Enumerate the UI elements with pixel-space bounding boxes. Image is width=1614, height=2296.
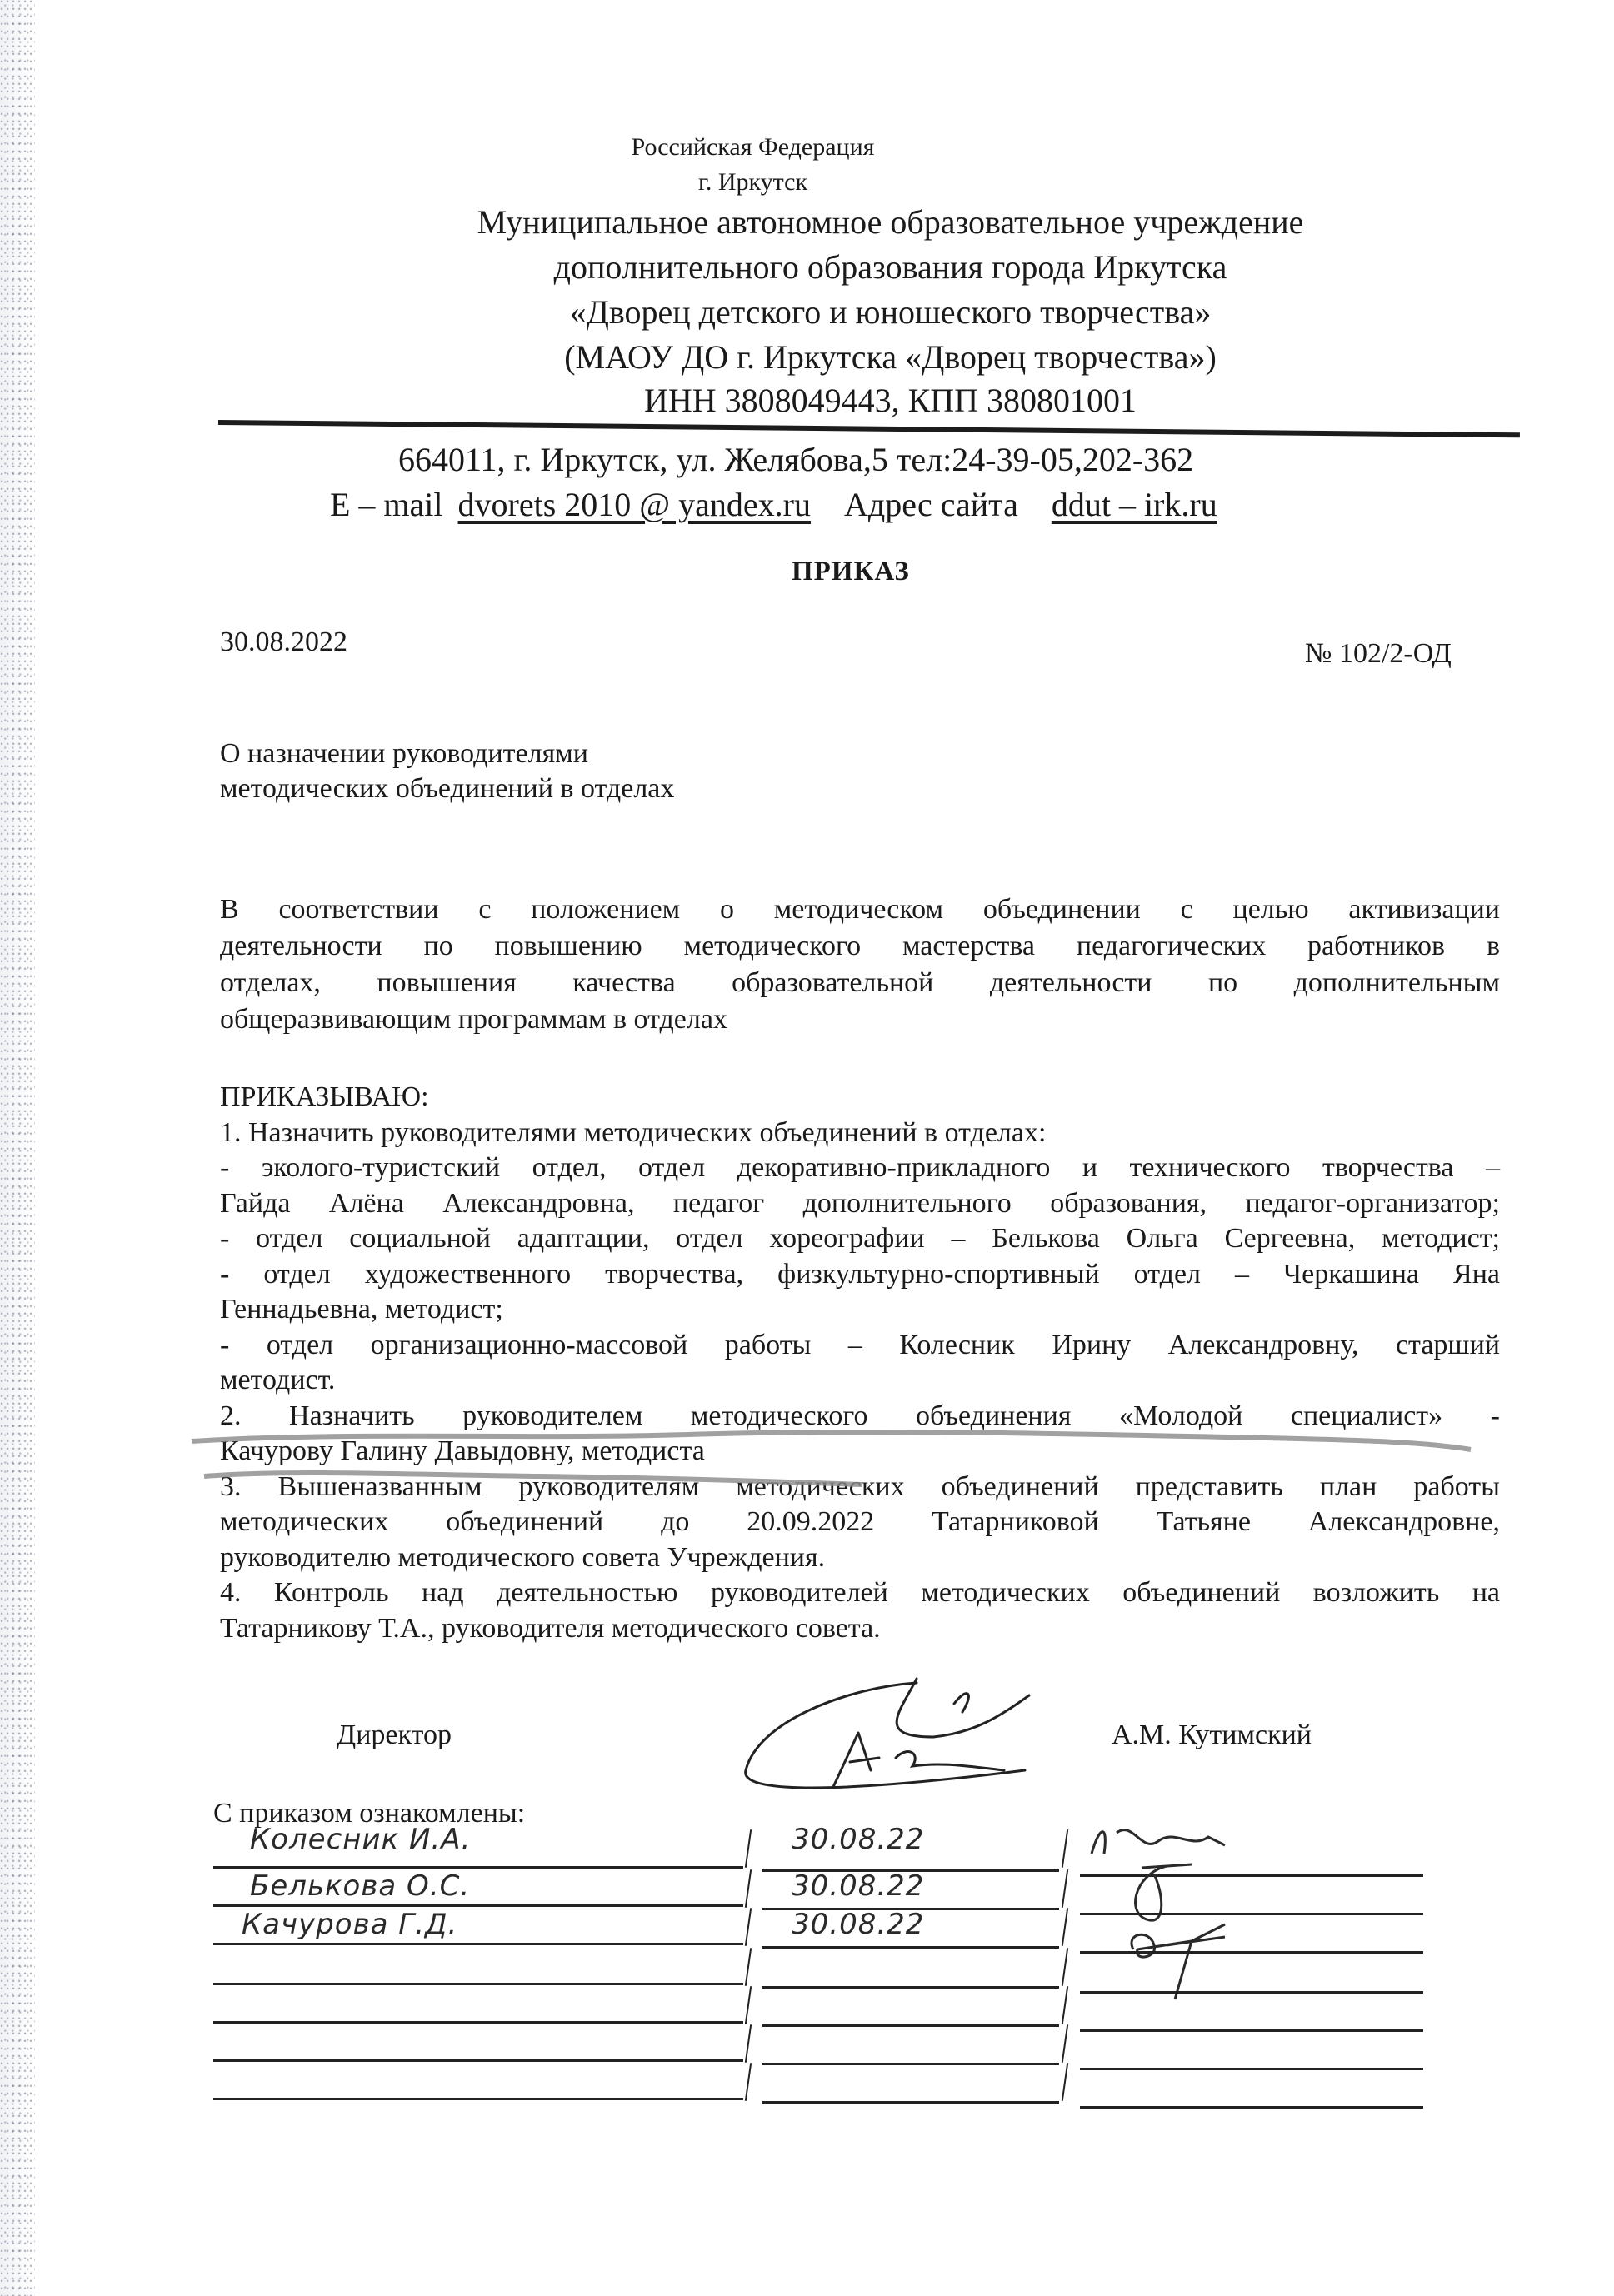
ack-date: 30.08.22 xyxy=(792,1823,924,1856)
order-line: - отдел художественного творчества, физк… xyxy=(220,1257,1500,1293)
ack-separator xyxy=(745,1948,752,1986)
order-line: Геннадьевна, методист; xyxy=(220,1292,1500,1328)
ack-sign-line xyxy=(1080,2106,1423,2109)
ack-name-line xyxy=(213,1866,743,1869)
ack-sign-line xyxy=(1080,1951,1423,1954)
ack-separator xyxy=(745,1869,752,1908)
ack-date-line xyxy=(762,1946,1059,1949)
ack-date-line xyxy=(762,2063,1059,2065)
tax-ids: ИНН 3808049443, КПП 380801001 xyxy=(167,378,1614,423)
address-line: 664011, г. Иркутск, ул. Желябова,5 тел:2… xyxy=(398,440,1193,479)
order-line: Гайда Алёна Александровна, педагог допол… xyxy=(220,1186,1500,1222)
document-date: 30.08.2022 xyxy=(220,626,347,658)
ack-name-line xyxy=(213,2059,743,2062)
org-name-line3: «Дворец детского и юношеского творчества… xyxy=(167,290,1614,335)
email-label: E – mail xyxy=(330,486,443,523)
ack-separator xyxy=(1062,1986,1068,2024)
org-name-line2: дополнительного образования города Иркут… xyxy=(167,245,1614,290)
ack-separator xyxy=(1062,1908,1068,1946)
ack-date: 30.08.22 xyxy=(792,1908,924,1941)
ack-date: 30.08.22 xyxy=(792,1869,924,1903)
director-signature-icon xyxy=(725,1662,1042,1808)
ack-date-line xyxy=(762,2024,1059,2027)
ack-name-line xyxy=(213,2098,743,2100)
ack-separator xyxy=(1062,2063,1068,2101)
ack-date-line xyxy=(762,1986,1059,1989)
pen-highlight-marks xyxy=(187,1416,1521,1491)
subject-line2: методических объединений в отделах xyxy=(220,773,674,805)
ack-separator xyxy=(745,1908,752,1946)
org-name-line1: Муниципальное автономное образовательное… xyxy=(167,200,1614,245)
order-line: методических объединений до 20.09.2022 Т… xyxy=(220,1505,1500,1540)
order-line: 1. Назначить руководителями методических… xyxy=(220,1116,1500,1151)
ack-separator xyxy=(745,1829,752,1868)
order-line: - эколого-туристский отдел, отдел декора… xyxy=(220,1150,1500,1186)
ack-separator xyxy=(1062,1829,1068,1868)
document-type: ПРИКАЗ xyxy=(792,557,910,587)
ack-separator xyxy=(1062,2024,1068,2063)
ack-sign-line xyxy=(1080,2029,1423,2032)
ack-separator xyxy=(745,2024,752,2063)
order-line: - отдел социальной адаптации, отдел хоре… xyxy=(220,1221,1500,1257)
preamble-line: деятельности по повышению методического … xyxy=(220,928,1500,965)
email-link[interactable]: dvorets 2010 @ yandex.ru xyxy=(458,486,811,523)
ack-separator xyxy=(1062,1948,1068,1986)
ack-sign-line xyxy=(1080,2068,1423,2070)
scan-edge-artifact xyxy=(0,0,35,2296)
ack-name: Белькова О.С. xyxy=(250,1869,470,1903)
signatory-position: Директор xyxy=(337,1720,452,1751)
org-short-name: (МАОУ ДО г. Иркутска «Дворец творчества»… xyxy=(167,335,1614,380)
document-number: № 102/2-ОД xyxy=(1305,638,1452,670)
ack-name-line xyxy=(213,1983,743,1985)
city-label: г. Иркутск xyxy=(0,168,1614,197)
ack-sign-line xyxy=(1080,1991,1423,1994)
order-line: 4. Контроль над деятельностью руководите… xyxy=(220,1575,1500,1611)
signatory-name: А.М. Кутимский xyxy=(1112,1720,1312,1751)
ack-separator xyxy=(745,1986,752,2024)
order-heading: ПРИКАЗЫВАЮ: xyxy=(220,1080,1500,1116)
ack-name-line xyxy=(213,2021,743,2024)
order-section: ПРИКАЗЫВАЮ: 1. Назначить руководителями … xyxy=(220,1080,1500,1646)
order-line: - отдел организационно-массовой работы –… xyxy=(220,1328,1500,1364)
ack-date-line xyxy=(762,2101,1059,2104)
preamble-line: общеразвивающим программам в отделах xyxy=(220,1001,1500,1038)
order-line: методист. xyxy=(220,1363,1500,1399)
ack-separator xyxy=(1062,1869,1068,1908)
contacts-line: E – mail dvorets 2010 @ yandex.ru Адрес … xyxy=(330,485,1217,524)
order-line: Татарникову Т.А., руководителя методичес… xyxy=(220,1611,1500,1647)
preamble-line: В соответствии с положением о методическ… xyxy=(220,891,1500,928)
site-link[interactable]: ddut – irk.ru xyxy=(1052,486,1217,523)
ack-separator xyxy=(745,2063,752,2101)
order-line: руководителю методического совета Учрежд… xyxy=(220,1540,1500,1576)
country-label: Российская Федерация xyxy=(0,133,1614,162)
ack-name-line xyxy=(213,1904,743,1907)
site-label: Адрес сайта xyxy=(844,486,1018,523)
ack-name-line xyxy=(213,1943,743,1945)
ack-name: Качурова Г.Д. xyxy=(242,1908,457,1941)
preamble: В соответствии с положением о методическ… xyxy=(220,891,1500,1038)
subject-line1: О назначении руководителями xyxy=(220,738,588,770)
preamble-line: отделах, повышения качества образователь… xyxy=(220,965,1500,1001)
ack-name: Колесник И.А. xyxy=(250,1823,471,1856)
